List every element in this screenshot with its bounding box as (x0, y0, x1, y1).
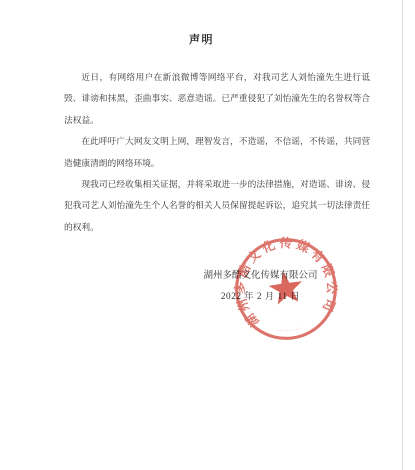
seal-serial-number: ··········· (277, 325, 304, 335)
statement-paragraph: 近日，有网络用户在新浪微博等网络平台，对我司艺人刘怡潼先生进行诋毁、诽谤和抹黑，… (64, 67, 370, 131)
statement-title: 声明 (0, 31, 403, 47)
statement-body: 近日，有网络用户在新浪微博等网络平台，对我司艺人刘怡潼先生进行诋毁、诽谤和抹黑，… (64, 67, 370, 238)
statement-document-page: 声明 近日，有网络用户在新浪微博等网络平台，对我司艺人刘怡潼先生进行诋毁、诽谤和… (0, 0, 403, 470)
screenshot-viewport: 声明 近日，有网络用户在新浪微博等网络平台，对我司艺人刘怡潼先生进行诋毁、诽谤和… (0, 0, 415, 470)
statement-date: 2022 年 2 月 11 日 (160, 287, 361, 308)
company-name: 湖州多酷文化传媒有限公司 (160, 266, 361, 287)
statement-paragraph: 现我司已经收集相关证据，并将采取进一步的法律措施，对造谣、诽谤、侵犯我司艺人刘怡… (64, 174, 370, 238)
statement-paragraph: 在此呼吁广大网友文明上网，理智发言，不造谣，不信谣，不传谣，共同营造健康清朗的网… (64, 131, 370, 174)
seal-serial-holder: ··········· (277, 325, 304, 335)
signature-block: 湖州多酷文化传媒有限公司 2022 年 2 月 11 日 (160, 266, 361, 308)
